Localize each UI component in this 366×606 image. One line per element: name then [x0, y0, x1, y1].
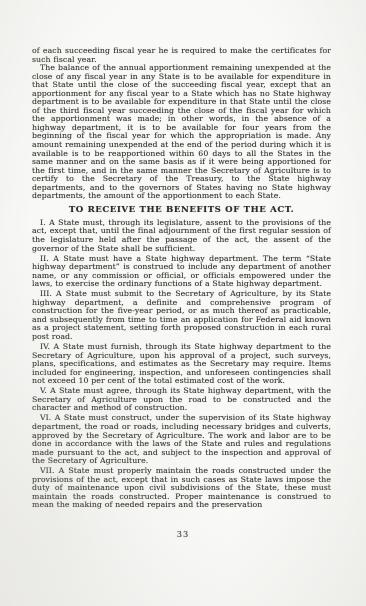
scanned-document-page: of each succeeding fiscal year he is req… — [0, 0, 366, 606]
numbered-item-1: I. A State must, through its legislature… — [32, 219, 331, 253]
section-heading: TO RECEIVE THE BENEFITS OF THE ACT. — [32, 206, 331, 215]
numbered-item-3: III. A State must submit to the Secretar… — [32, 290, 331, 341]
numbered-item-2: II. A State must have a State highway de… — [32, 255, 331, 289]
numbered-item-6: VI. A State must construct, under the su… — [32, 414, 331, 465]
page-number: 33 — [0, 529, 366, 539]
document-text-block: of each succeeding fiscal year he is req… — [32, 47, 331, 510]
numbered-item-4: IV. A State must furnish, through its St… — [32, 343, 331, 386]
paragraph-continuation: of each succeeding fiscal year he is req… — [32, 47, 331, 64]
numbered-item-7: VII. A State must properly maintain the … — [32, 467, 331, 510]
numbered-item-5: V. A State must agree, through its State… — [32, 387, 331, 413]
paragraph-apportionment-balance: The balance of the annual apportionment … — [32, 64, 331, 201]
